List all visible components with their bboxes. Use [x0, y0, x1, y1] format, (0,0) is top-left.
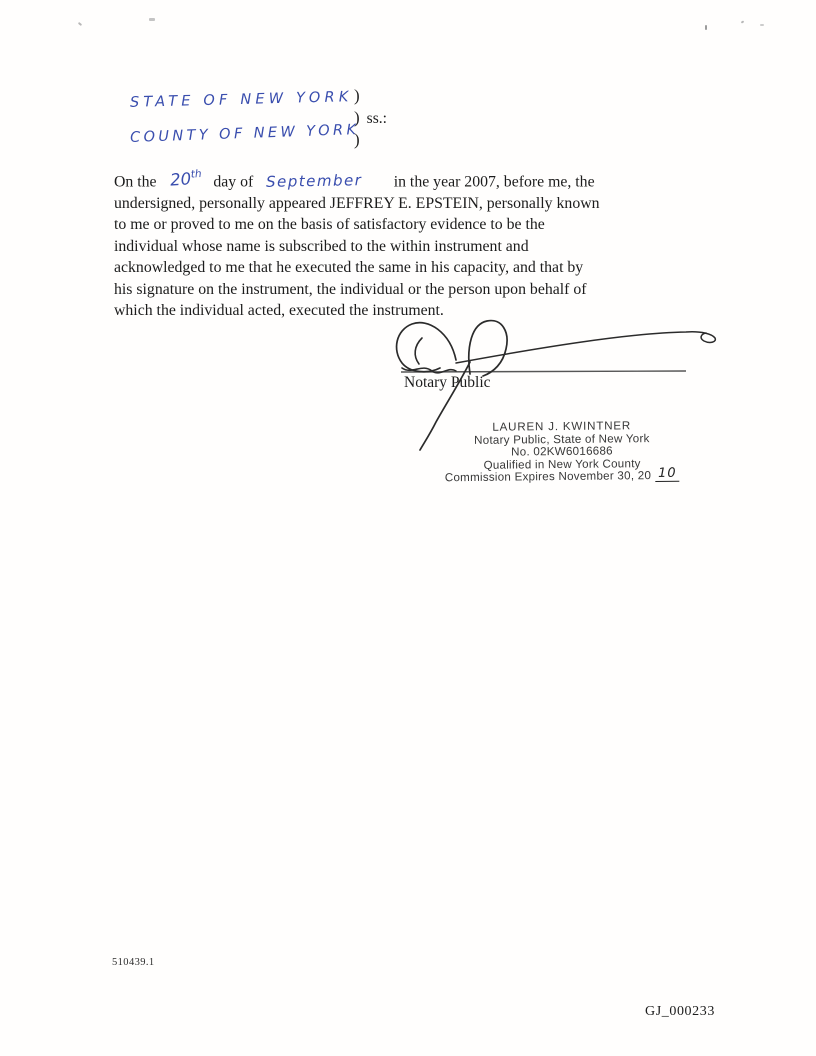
acknowledgment-line-1: On the20thday ofSeptemberin the year 200… [114, 167, 674, 193]
bates-number: GJ_000233 [645, 1004, 715, 1020]
jurat-paren-middle: )ss.: [354, 108, 387, 128]
stamp-expiration-line: Commission Expires November 30, 2010 [428, 470, 696, 486]
notary-public-label: Notary Public [404, 374, 491, 392]
jurat-county-handwritten: COUNTY OF NEW YORK [130, 122, 360, 146]
jurat-paren-top: ) [354, 86, 360, 106]
ack-lead-2: day of [213, 174, 253, 191]
handwritten-expiry-year: 10 [655, 468, 680, 482]
jurat-ss-label: ss.: [367, 110, 387, 127]
stamp-expires-prefix: Commission Expires November 30, 20 [445, 469, 651, 484]
scan-artifact [760, 24, 764, 26]
acknowledgment-line-5: acknowledged to me that he executed the … [114, 257, 674, 278]
scan-artifact [78, 22, 82, 26]
notary-stamp: LAUREN J. KWINTNER Notary Public, State … [428, 420, 697, 486]
scan-artifact [705, 25, 707, 30]
handwritten-day-number: 20 [169, 169, 191, 189]
ack-line-1-tail: in the year 2007, before me, the [394, 174, 595, 191]
ack-lead-1: On the [114, 174, 157, 191]
jurat-paren-bottom: ) [354, 130, 360, 150]
document-control-number: 510439.1 [112, 957, 155, 968]
handwritten-month: September [266, 170, 363, 193]
scan-artifact [741, 20, 745, 23]
jurat-state-handwritten: STATE OF NEW YORK [130, 89, 353, 111]
handwritten-day-suffix: th [190, 168, 202, 181]
acknowledgment-line-6: his signature on the instrument, the ind… [114, 279, 674, 300]
acknowledgment-line-2: undersigned, personally appeared JEFFREY… [114, 193, 674, 214]
jurat-paren-middle-glyph: ) [354, 108, 360, 127]
handwritten-day: 20th [169, 164, 202, 191]
scan-artifact [149, 18, 155, 21]
acknowledgment-line-4: individual whose name is subscribed to t… [114, 236, 674, 257]
document-page: STATE OF NEW YORK COUNTY OF NEW YORK ) )… [0, 0, 816, 1056]
acknowledgment-paragraph: On the20thday ofSeptemberin the year 200… [114, 167, 674, 321]
acknowledgment-line-3: to me or proved to me on the basis of sa… [114, 214, 674, 235]
